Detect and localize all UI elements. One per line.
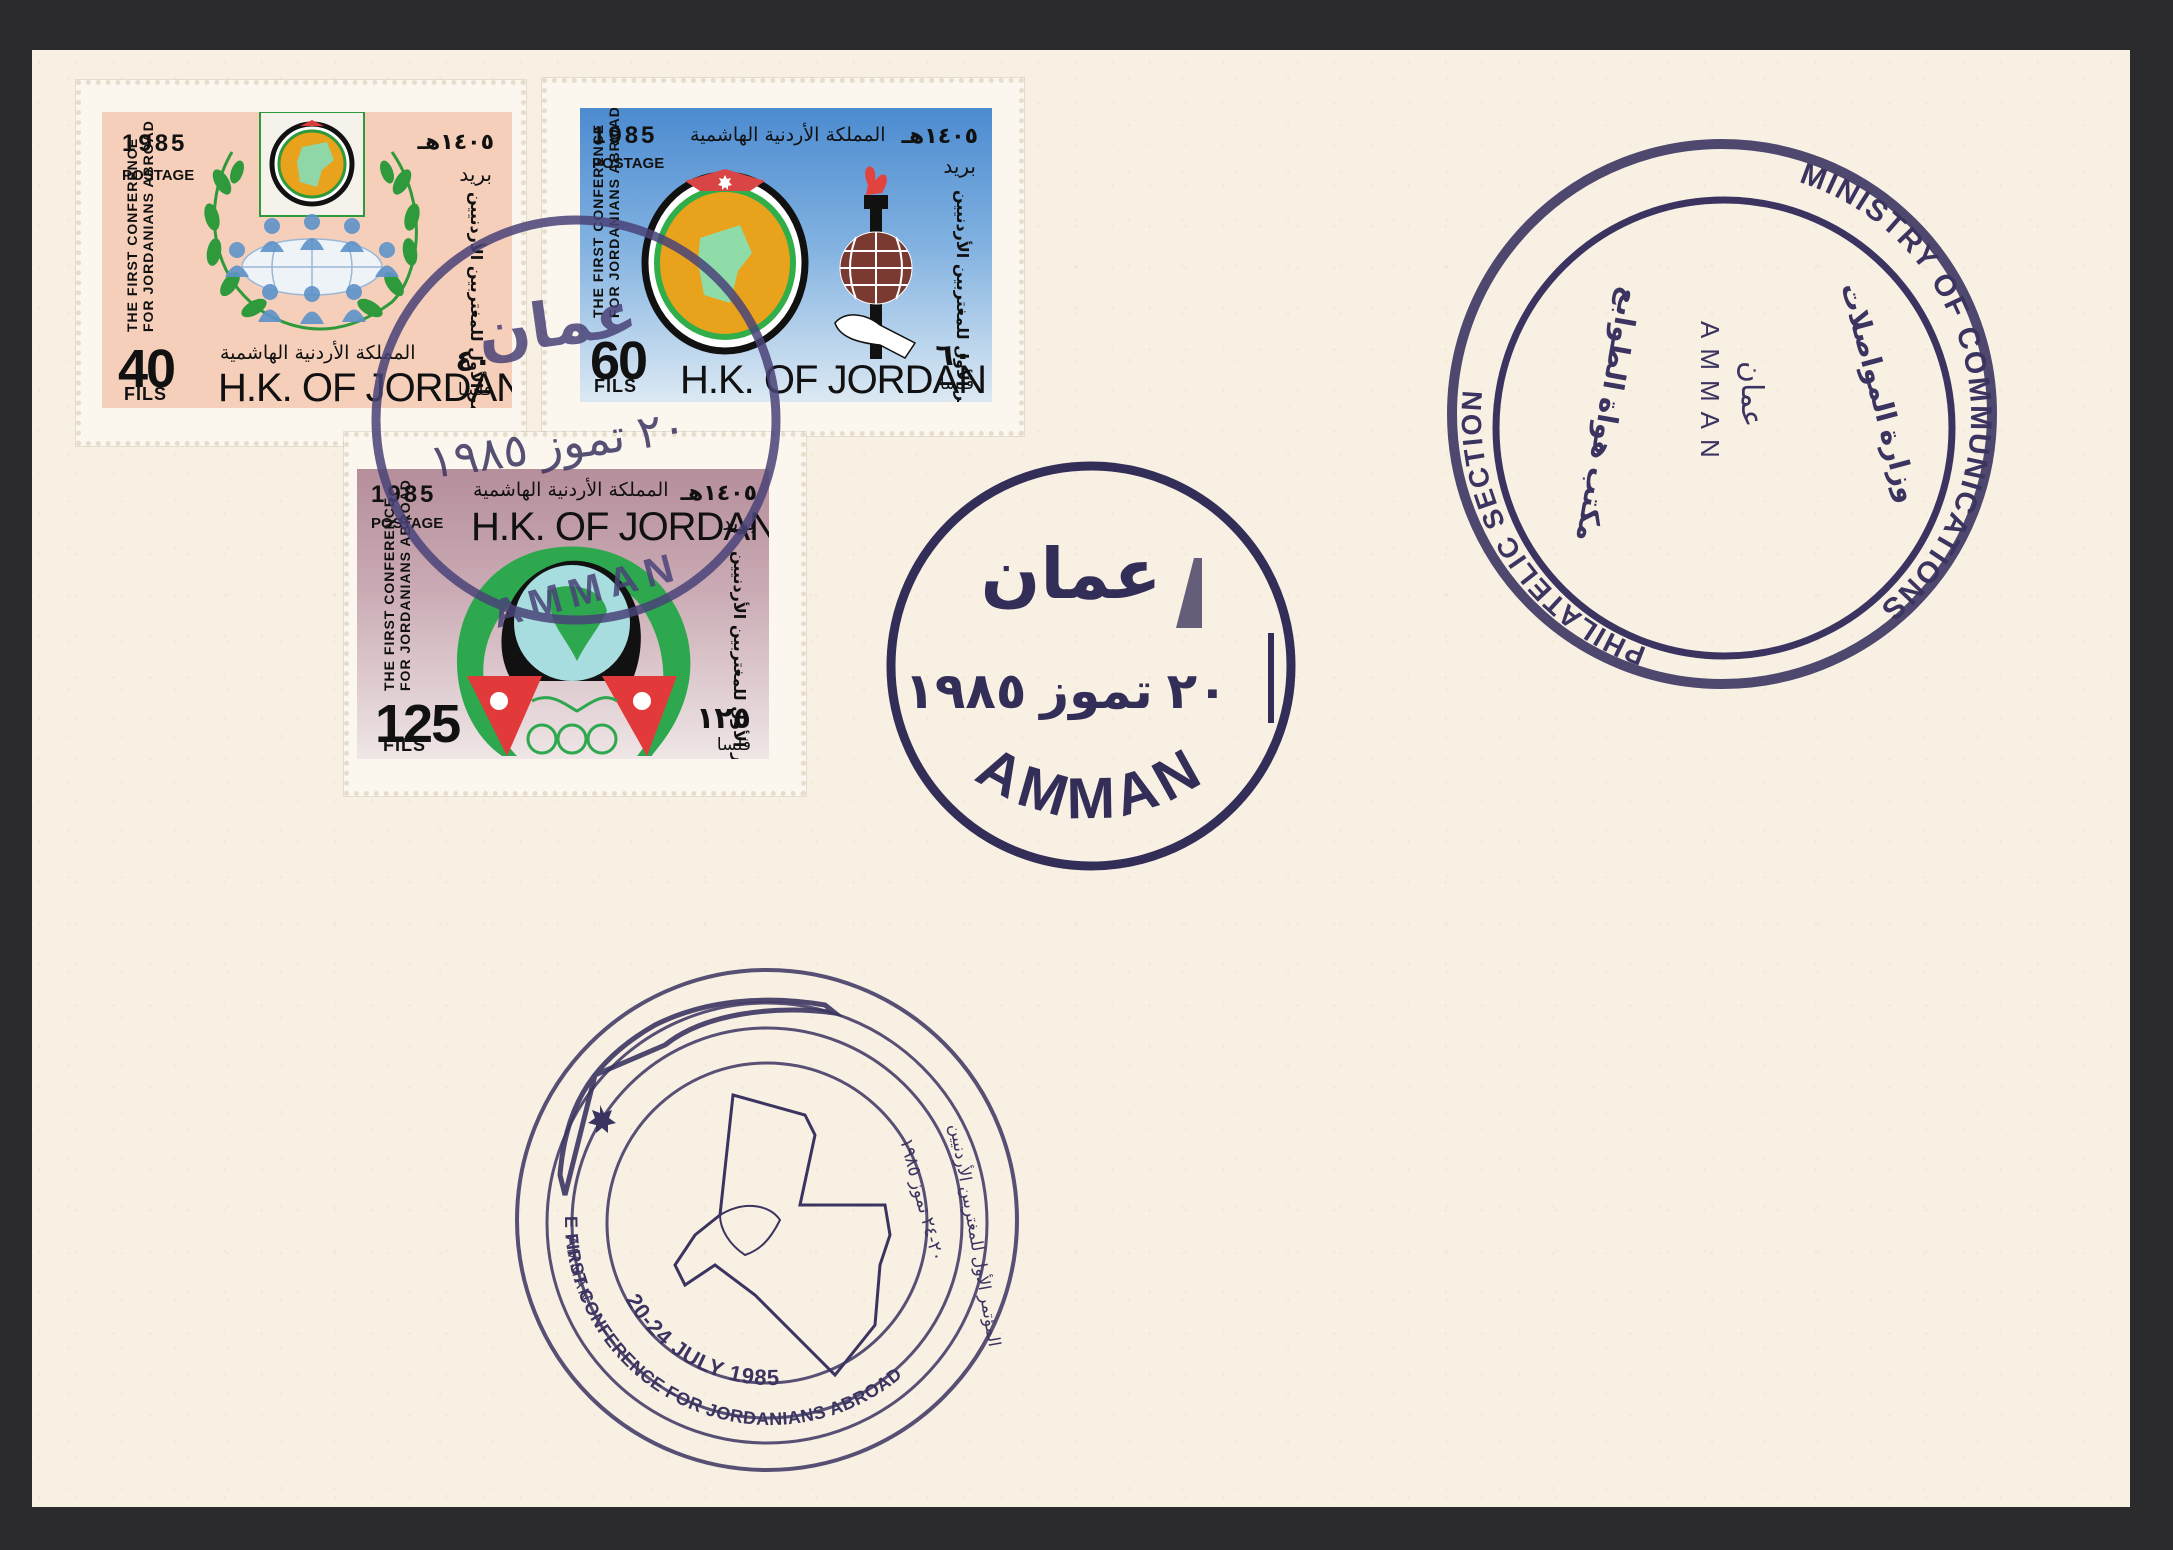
stamp-kingdom-ar: المملكة الأردنية الهاشمية	[690, 124, 885, 146]
stamp-post-ar: بريد	[459, 162, 492, 186]
stamp-value-ar: ١٢٥	[696, 701, 751, 736]
stamp-currency-ar: فلسا	[458, 380, 492, 400]
stamp-currency-ar: فلسا	[717, 735, 751, 755]
globe-flags-handshake-illustration	[437, 531, 707, 759]
stamp-hijri-year: ١٤٠٥هـ	[418, 130, 495, 155]
stamp-currency: FILS	[124, 384, 167, 405]
stamp-hijri-year: ١٤٠٥هـ	[902, 124, 979, 149]
stamp-design: 1985 POSTAGE المملكة الأردنية الهاشمية H…	[357, 469, 769, 759]
stamp-hijri-year: ١٤٠٥هـ	[681, 481, 758, 506]
stamp-currency: FILS	[383, 735, 426, 756]
stamp-kingdom-ar: المملكة الأردنية الهاشمية	[473, 479, 668, 501]
stamp-conference-en: THE FIRST CONFERENCE FOR JORDANIANS ABRO…	[381, 479, 413, 691]
conference-line-1: THE FIRST CONFERENCE	[124, 120, 140, 332]
stamp-design: 1985 POSTAGE المملكة الأردنية الهاشمية ١…	[580, 108, 992, 402]
stamp-125-fils: 1985 POSTAGE المملكة الأردنية الهاشمية H…	[344, 432, 806, 796]
emblem-torch-illustration	[630, 163, 940, 378]
stamp-currency: FILS	[594, 376, 637, 397]
stamp-value-ar: ٦٠	[935, 338, 972, 373]
conference-line-2: FOR JORDANIANS ABROAD	[397, 479, 413, 691]
stamp-conference-en: THE FIRST CONFERENCE FOR JORDANIANS ABRO…	[590, 108, 622, 318]
conference-line-2: FOR JORDANIANS ABROAD	[140, 120, 156, 332]
wreath-globe-emblem-illustration	[192, 112, 432, 347]
conference-line-1: THE FIRST CONFERENCE	[590, 108, 606, 318]
stamp-60-fils: 1985 POSTAGE المملكة الأردنية الهاشمية ١…	[542, 78, 1024, 436]
stamp-design: 1985 POSTAGE ١٤٠٥هـ بريد THE FIRST CONFE…	[102, 112, 512, 408]
conference-line-2: FOR JORDANIANS ABROAD	[606, 108, 622, 318]
stamp-value-ar: ٤٠	[455, 344, 492, 379]
stamp-conference-en: THE FIRST CONFERENCE FOR JORDANIANS ABRO…	[124, 120, 156, 332]
stamp-kingdom-ar: المملكة الأردنية الهاشمية	[220, 342, 415, 364]
stamp-40-fils: 1985 POSTAGE ١٤٠٥هـ بريد THE FIRST CONFE…	[76, 80, 526, 446]
stamp-post-ar: بريد	[943, 154, 976, 178]
conference-line-1: THE FIRST CONFERENCE	[381, 479, 397, 691]
stamp-post-ar: بريد	[722, 511, 755, 535]
stamp-currency-ar: فلسا	[940, 374, 974, 394]
